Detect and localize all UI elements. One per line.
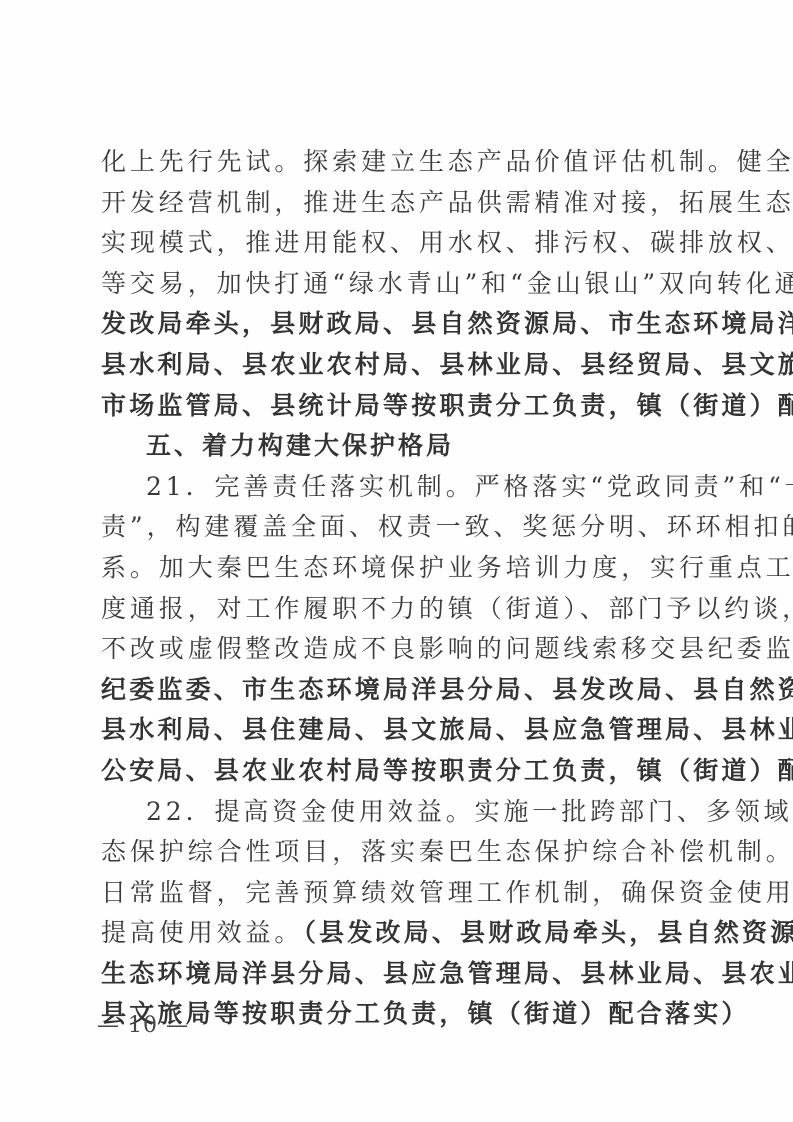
responsibility-line: 县水利局、县住建局、县文旅局、县应急管理局、县林业局、县 — [101, 710, 701, 751]
responsibility-line: 县水利局、县农业农村局、县林业局、县经贸局、县文旅局、县 — [101, 345, 701, 386]
paragraph-line: 开发经营机制，推进生态产品供需精准对接，拓展生态产品价值 — [101, 183, 701, 224]
responsibility-text: （县发改局、县财政局牵头，县自然资源局、市 — [303, 918, 793, 947]
document-body: 化上先行先试。探索建立生态产品价值评估机制。健全生态产品 开发经营机制，推进生态… — [101, 142, 701, 1035]
paragraph-line: 实现模式，推进用能权、用水权、排污权、碳排放权、碳汇权益 — [101, 223, 701, 264]
responsibility-line: 纪委监委、市生态环境局洋县分局、县发改局、县自然资源局、 — [101, 670, 701, 711]
page-number: — 10 — — [97, 1013, 189, 1038]
item-22-line: 提高使用效益。（县发改局、县财政局牵头，县自然资源局、市 — [101, 913, 701, 954]
paragraph-line: 化上先行先试。探索建立生态产品价值评估机制。健全生态产品 — [101, 142, 701, 183]
responsibility-line: 发改局牵头，县财政局、县自然资源局、市生态环境局洋县分局、 — [101, 304, 701, 345]
item-21-line: 责”，构建覆盖全面、权责一致、奖惩分明、环环相扣的责任体 — [101, 507, 701, 548]
item-21-line: 21．完善责任落实机制。严格落实“党政同责”和“一岗双 — [101, 467, 701, 508]
item-21-line: 不改或虚假整改造成不良影响的问题线索移交县纪委监委。（县 — [101, 629, 701, 670]
item-22-line: 22．提高资金使用效益。实施一批跨部门、多领域的秦巴生 — [101, 792, 701, 833]
responsibility-line: 市场监管局、县统计局等按职责分工负责，镇（街道）配合落实） — [101, 386, 701, 427]
item-21-line: 系。加大秦巴生态环境保护业务培训力度，实行重点工作定期调 — [101, 548, 701, 589]
paragraph-text: 等交易，加快打通“绿水青山”和“金山银山”双向转化通道。 — [101, 269, 793, 298]
item-22-line: 日常监督，完善预算绩效管理工作机制，确保资金使用安全规范， — [101, 873, 701, 914]
responsibility-line: 生态环境局洋县分局、县应急管理局、县林业局、县农业农村局、 — [101, 954, 701, 995]
paragraph-text: 不改或虚假整改造成不良影响的问题线索移交县纪委监委。 — [101, 634, 793, 663]
responsibility-line: 公安局、县农业农村局等按职责分工负责，镇（街道）配合落实） — [101, 751, 701, 792]
paragraph-line: 等交易，加快打通“绿水青山”和“金山银山”双向转化通道。（县 — [101, 264, 701, 305]
section-heading: 五、着力构建大保护格局 — [101, 426, 701, 467]
paragraph-text: 提高使用效益。 — [101, 918, 303, 947]
item-21-line: 度通报，对工作履职不力的镇（街道）、部门予以约谈，对久拖 — [101, 589, 701, 630]
responsibility-line: 县文旅局等按职责分工负责，镇（街道）配合落实） — [101, 994, 701, 1035]
document-page: 化上先行先试。探索建立生态产品价值评估机制。健全生态产品 开发经营机制，推进生态… — [0, 0, 793, 1122]
item-22-line: 态保护综合性项目，落实秦巴生态保护综合补偿机制。强化资金 — [101, 832, 701, 873]
